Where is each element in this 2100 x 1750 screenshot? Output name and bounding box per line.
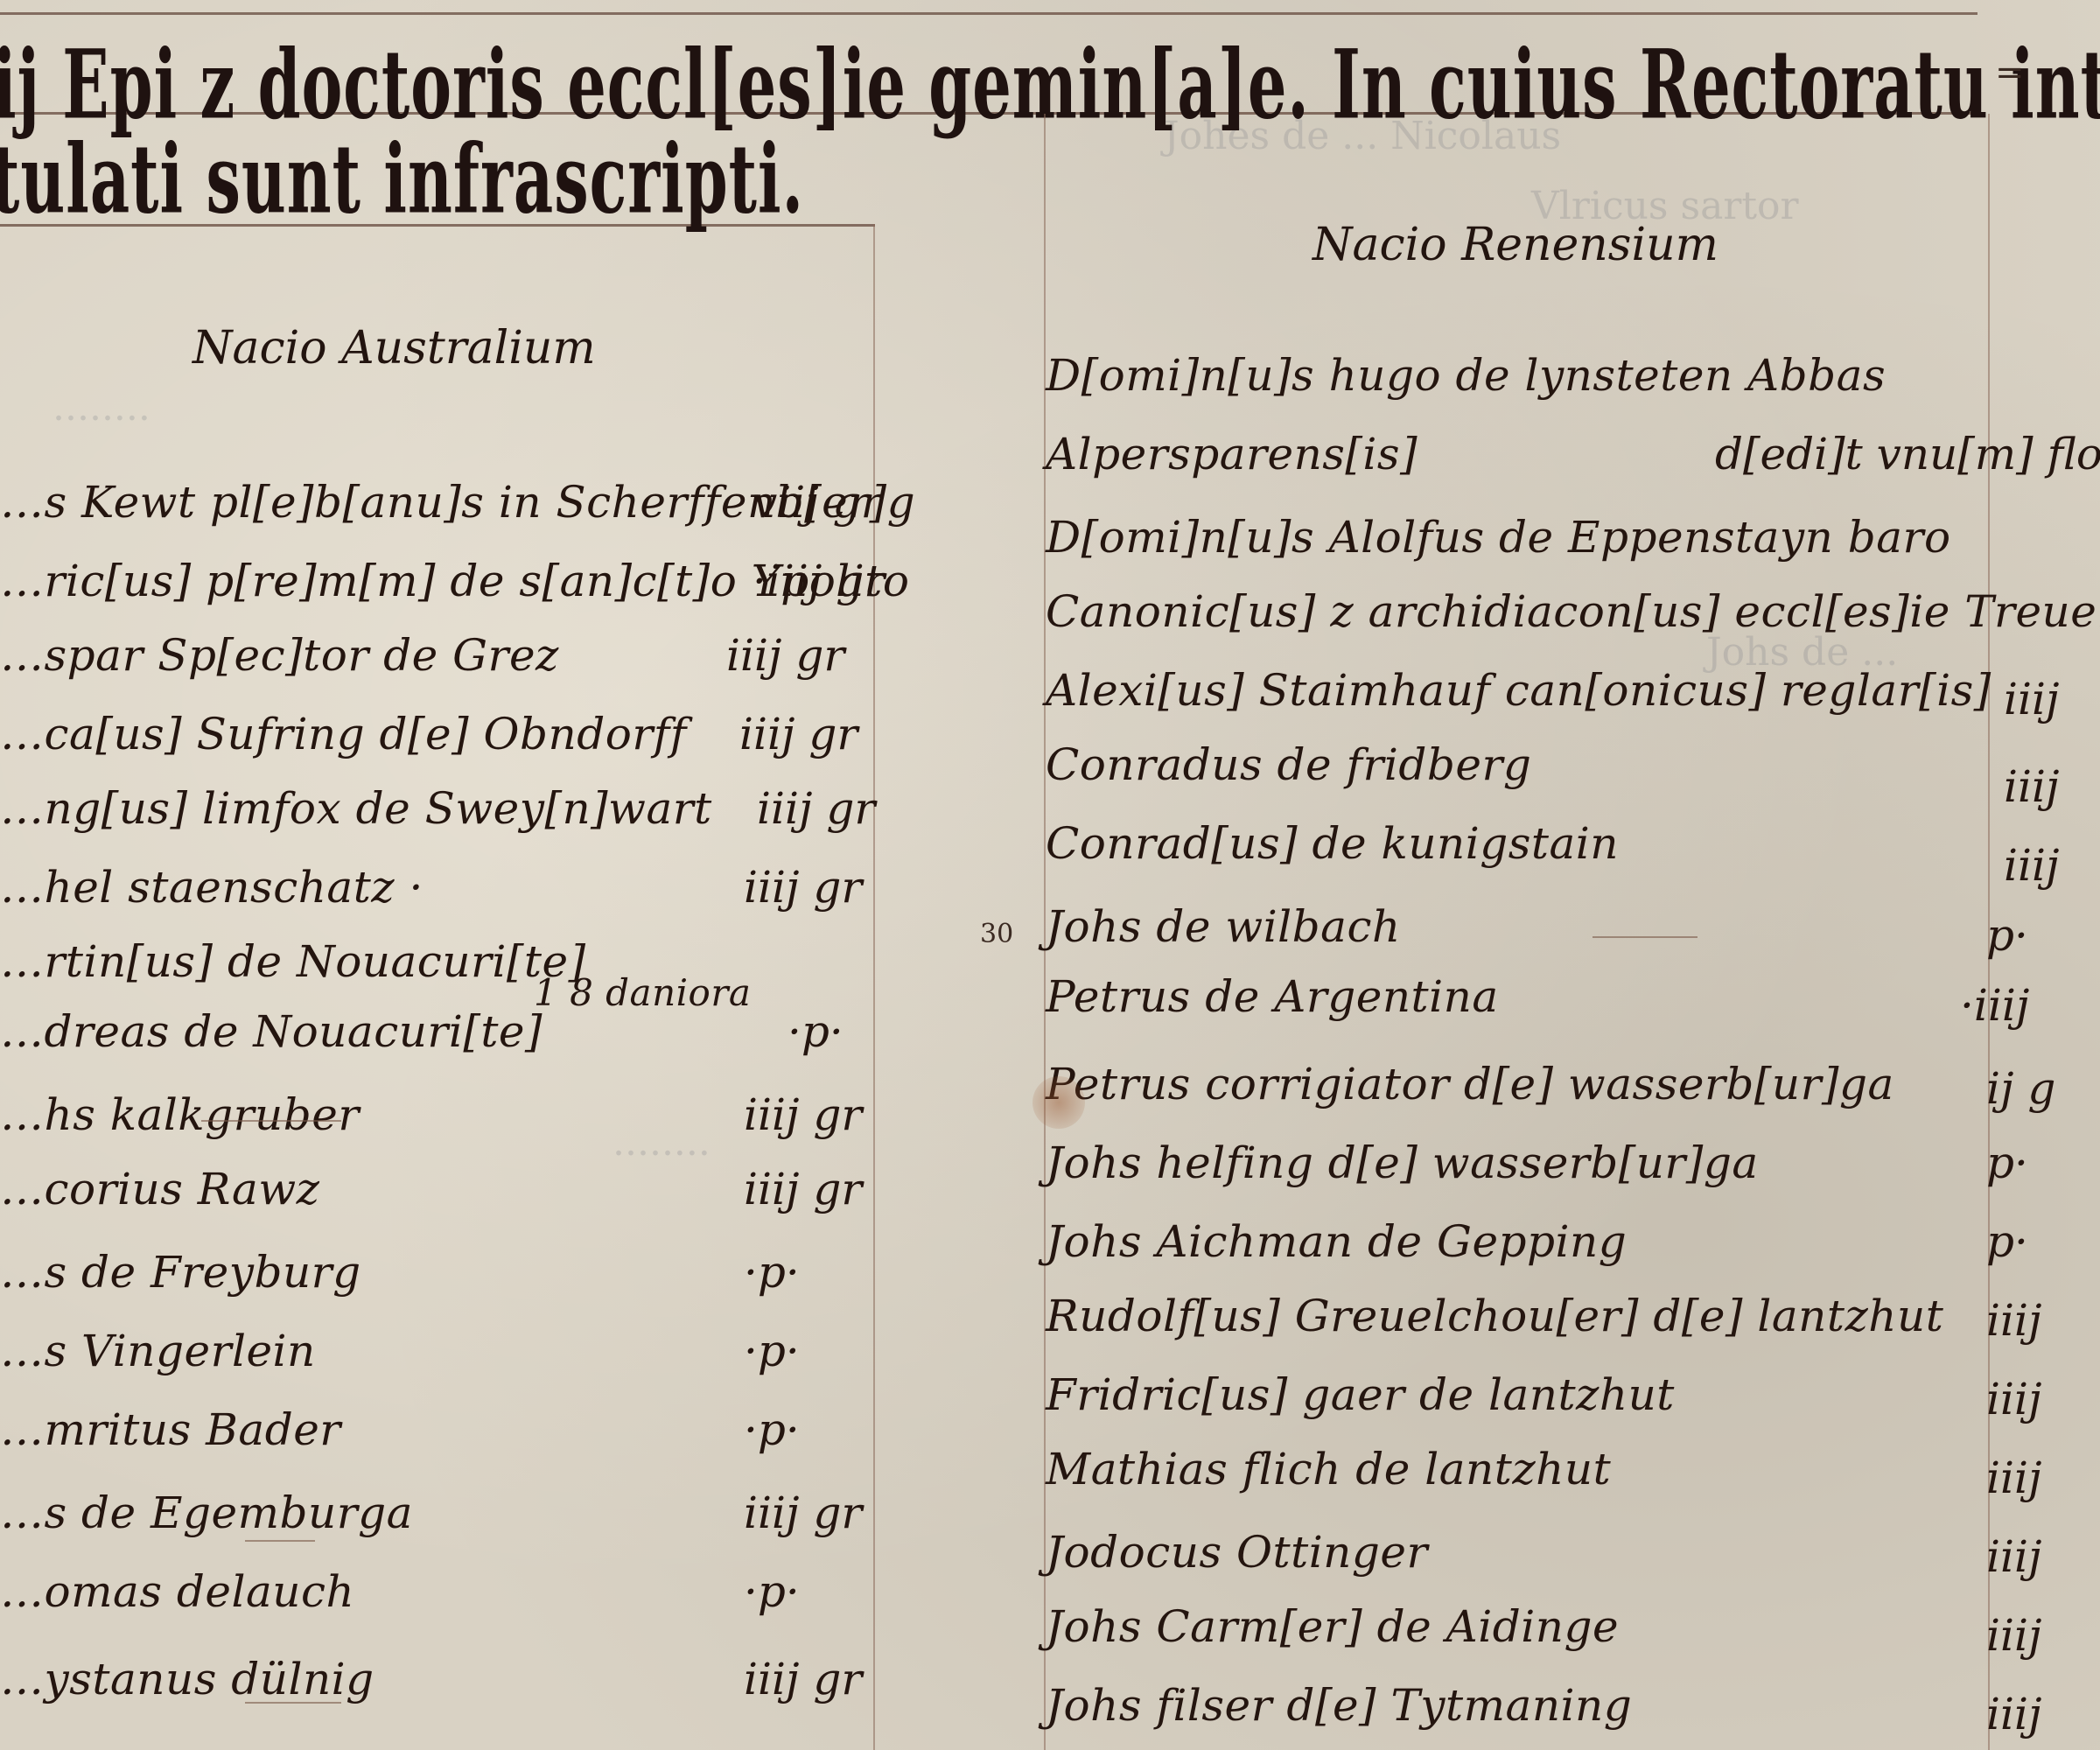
fee-value: iiij gr bbox=[744, 1089, 862, 1140]
fee-value: iiij bbox=[1986, 1374, 2041, 1424]
fee-value: ·iiij bbox=[1960, 980, 2029, 1031]
fee-value: iiij gr bbox=[744, 1164, 862, 1214]
fee-value: iiij bbox=[1986, 1452, 2041, 1503]
list-item: …omas delauch bbox=[0, 1566, 354, 1617]
fee-value: iiij bbox=[1986, 1295, 2041, 1346]
list-item: Rudolf[us] Greuelchou[er] d[e] lantzhut bbox=[1046, 1291, 1943, 1341]
fee-value: ·p· bbox=[744, 1566, 800, 1617]
nation-title-australium: Nacio Australium bbox=[192, 322, 596, 374]
fee-value: iiij gr bbox=[739, 709, 857, 759]
list-item: …hs kalkgruber bbox=[0, 1089, 360, 1140]
bleed-through-text: ........ bbox=[612, 1120, 710, 1165]
list-item: Petrus corrigiator d[e] wasserb[ur]ga bbox=[1046, 1059, 1894, 1109]
list-item: …s Vingerlein bbox=[0, 1326, 316, 1376]
heading-line-2: tulati sunt infrascripti. bbox=[0, 122, 804, 235]
fee-value: p· bbox=[1986, 910, 2028, 961]
fee-value: iiij gr bbox=[744, 862, 862, 913]
list-item: Fridric[us] gaer de lantzhut bbox=[1046, 1369, 1675, 1420]
list-item: …spar Sp[ec]tor de Grez bbox=[0, 630, 559, 681]
fee-value: ·iiij gr bbox=[752, 556, 885, 606]
list-item: D[omi]n[u]s hugo de lynsteten Abbas bbox=[1046, 350, 1886, 401]
list-item: Petrus de Argentina bbox=[1046, 971, 1499, 1022]
fee-value: iiij gr bbox=[757, 783, 875, 834]
list-item: Johs de wilbach bbox=[1046, 901, 1401, 952]
filler-dash bbox=[1592, 936, 1697, 938]
fee-value: p· bbox=[1986, 1216, 2028, 1267]
list-item: …s de Freyburg bbox=[0, 1247, 361, 1298]
fee-value: ·p· bbox=[787, 1006, 843, 1057]
filler-dash bbox=[245, 1540, 315, 1542]
list-item: Johs helfing d[e] wasserb[ur]ga bbox=[1046, 1137, 1759, 1188]
nation-title-renensium: Nacio Renensium bbox=[1312, 219, 1718, 271]
fee-value: iiij bbox=[2004, 840, 2059, 891]
list-item: …corius Rawz bbox=[0, 1164, 320, 1214]
fee-value: ·p· bbox=[744, 1326, 800, 1376]
filler-dash bbox=[201, 1120, 341, 1122]
list-item: …rtin[us] de Nouacuri[te] bbox=[0, 936, 586, 987]
fee-value: ij g bbox=[1986, 1063, 2055, 1114]
fee-value: viij gr bbox=[752, 477, 882, 528]
fee-value: iiij gr bbox=[744, 1654, 862, 1704]
list-item: …s de Egemburga bbox=[0, 1487, 413, 1538]
fee-value: iiij bbox=[1986, 1689, 2041, 1739]
margin-number: 30 bbox=[980, 919, 1013, 949]
fee-value: p· bbox=[1986, 1137, 2028, 1188]
fee-value: iiij bbox=[2004, 761, 2059, 812]
manuscript-page: Johes de ... Nicolaus Vlricus sartor ...… bbox=[0, 0, 2100, 1750]
fee-value: iiij bbox=[2004, 674, 2059, 724]
list-item: …ystanus dülnig bbox=[0, 1654, 374, 1704]
left-column-ruling bbox=[873, 224, 875, 1750]
fee-value: ·p· bbox=[744, 1404, 800, 1455]
fee-value: iiij gr bbox=[744, 1487, 862, 1538]
list-item: Johs Carm[er] de Aidinge bbox=[1046, 1601, 1619, 1652]
list-item: …hel staenschatz · bbox=[0, 862, 423, 913]
bleed-through-text: ........ bbox=[52, 385, 150, 430]
list-item: …mritus Bader bbox=[0, 1404, 341, 1455]
list-item: Johs filser d[e] Tytmaning bbox=[1046, 1680, 1632, 1731]
list-item: …ca[us] Sufring d[e] Obndorff bbox=[0, 709, 687, 759]
list-item: Conradus de fridberg bbox=[1046, 739, 1531, 790]
bracket-note: 1 8 daniora bbox=[534, 971, 751, 1014]
list-item: Alpersparens[is] bbox=[1046, 429, 1417, 479]
list-item: Conrad[us] de kunigstain bbox=[1046, 818, 1619, 869]
list-item: …dreas de Nouacuri[te] bbox=[0, 1006, 542, 1057]
line-continuation-mark: = bbox=[1995, 52, 2025, 93]
list-item: Alexi[us] Staimhauf can[onicus] reglar[i… bbox=[1046, 665, 1991, 716]
fee-value: d[edi]t vnu[m] flor bbox=[1715, 429, 2100, 479]
list-item: Canonic[us] z archidiacon[us] eccl[es]ie… bbox=[1046, 586, 2100, 637]
list-item: Mathias flich de lantzhut bbox=[1046, 1444, 1611, 1494]
fee-value: iiij gr bbox=[726, 630, 844, 681]
list-item: D[omi]n[u]s Alolfus de Eppenstayn baro bbox=[1046, 512, 1951, 563]
fee-value: ·p· bbox=[744, 1247, 800, 1298]
heading-ruling-top bbox=[0, 12, 1977, 15]
fee-value: iiij bbox=[1986, 1531, 2041, 1582]
list-item: Jodocus Ottinger bbox=[1046, 1527, 1428, 1578]
ink-stain bbox=[1032, 1076, 1085, 1129]
filler-dash bbox=[245, 1702, 341, 1704]
list-item: …ng[us] limfox de Swey[n]wart bbox=[0, 783, 712, 834]
fee-value: iiij bbox=[1986, 1610, 2041, 1661]
list-item: Johs Aichman de Gepping bbox=[1046, 1216, 1627, 1267]
